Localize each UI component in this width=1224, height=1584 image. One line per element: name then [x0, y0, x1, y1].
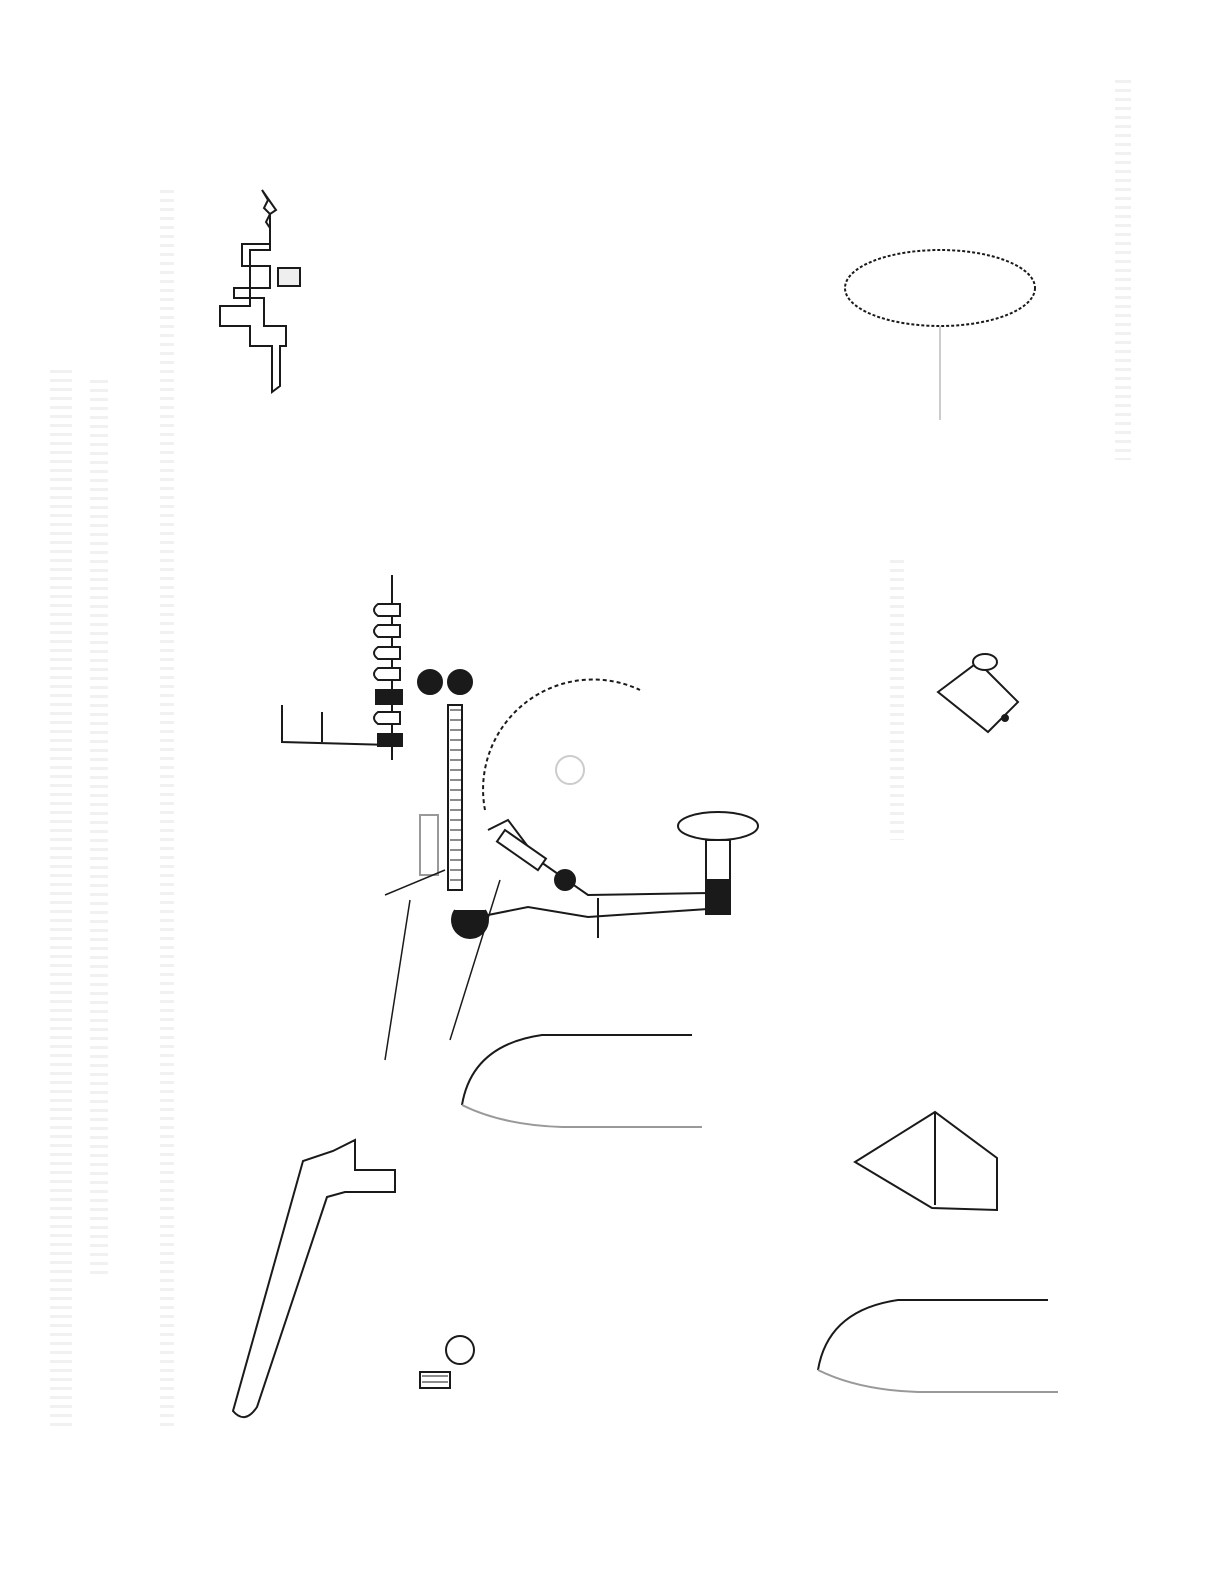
- curved-shell-part-lower: [818, 1300, 1058, 1392]
- screw-part: [420, 1336, 474, 1388]
- diagram-page: [0, 0, 1224, 1584]
- lever-part: [220, 190, 300, 392]
- bracket-part: [938, 654, 1018, 732]
- main-mechanism-assembly: [282, 575, 758, 1060]
- angle-plate-part: [855, 1112, 997, 1210]
- handle-lever-part: [233, 1140, 395, 1417]
- illustration-canvas: [0, 0, 1224, 1584]
- ratchet-wheel-part: [845, 250, 1035, 420]
- curved-shell-part-upper: [462, 1035, 702, 1127]
